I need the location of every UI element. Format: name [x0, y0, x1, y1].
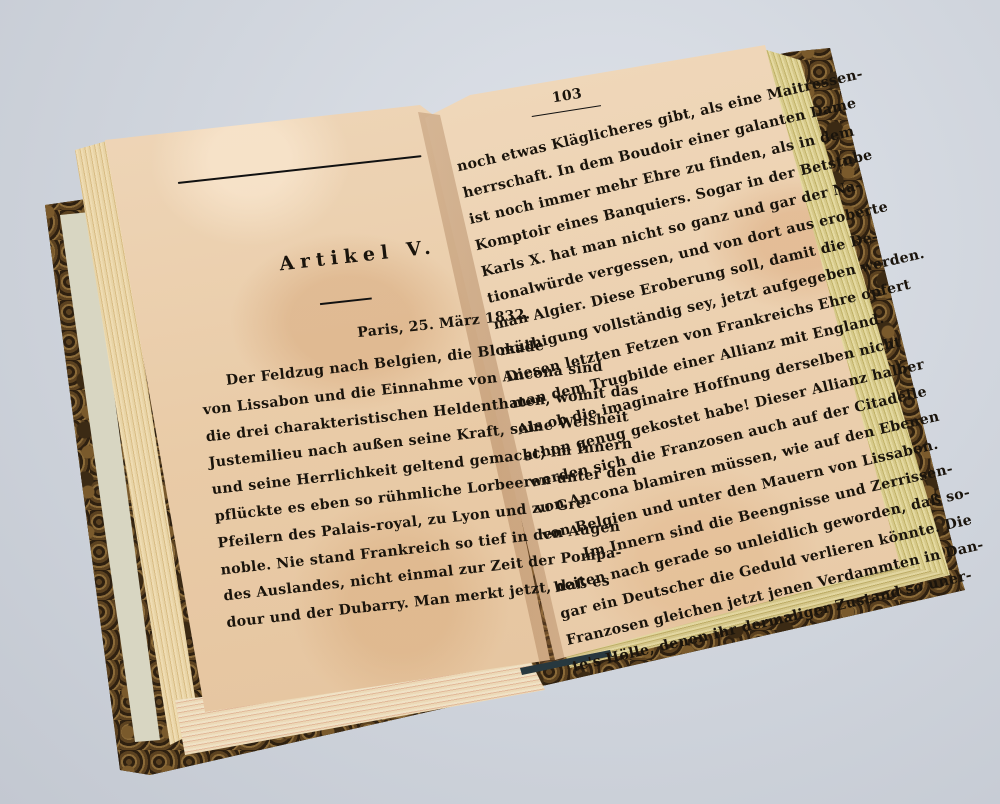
photo-scene: Artikel V. Paris, 25. März 1832. Der Fel…	[0, 0, 1000, 804]
